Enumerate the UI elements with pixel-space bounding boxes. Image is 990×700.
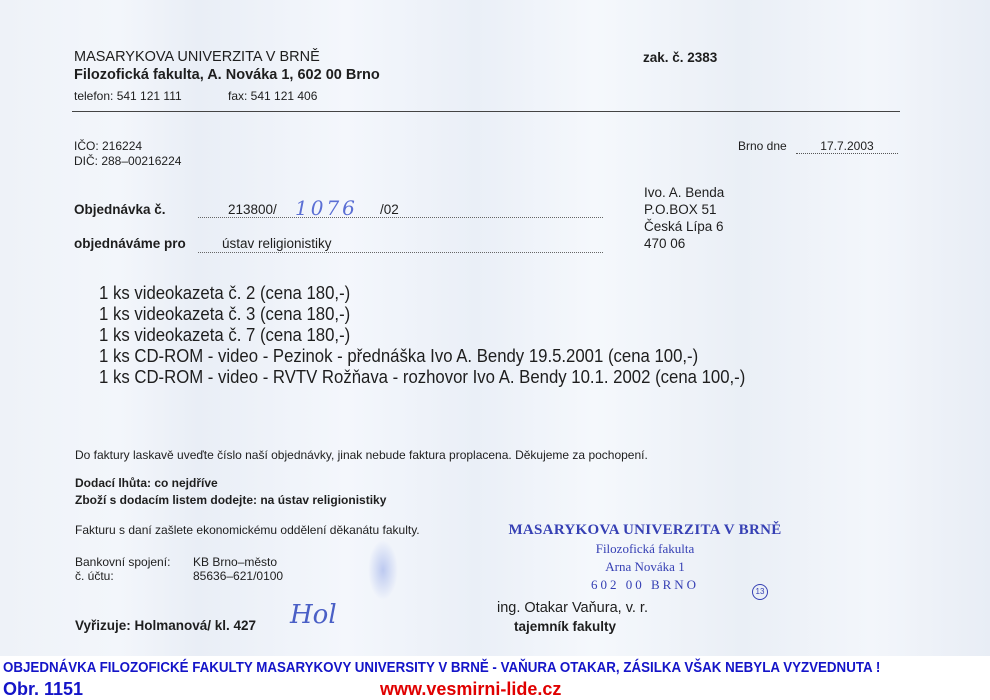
recipient-address: Ivo. A. Benda P.O.BOX 51 Česká Lípa 6 47… (644, 184, 724, 252)
stamp-line: MASARYKOVA UNIVERZITA V BRNĚ (495, 522, 795, 539)
stamp-number-circle: 13 (752, 584, 768, 600)
stamp-line: Arna Nováka 1 (495, 559, 795, 575)
caption-text: OBJEDNÁVKA FILOZOFICKÉ FAKULTY MASARYKOV… (3, 660, 880, 676)
recipient-line: P.O.BOX 51 (644, 201, 724, 218)
delivery-place: Zboží s dodacím listem dodejte: na ústav… (75, 493, 386, 507)
date-value: 17.7.2003 (796, 139, 898, 154)
order-dotted-line (198, 217, 603, 218)
order-suffix: /02 (380, 202, 399, 217)
header-divider (72, 111, 900, 112)
invoice-instruction: Fakturu s daní zašlete ekonomickému oddě… (75, 523, 420, 537)
website-link[interactable]: www.vesmirni-lide.cz (380, 679, 561, 700)
order-prefix: 213800/ (228, 202, 277, 217)
ink-smudge (368, 540, 398, 600)
stamp-line: 602 00 BRNO (495, 577, 795, 593)
ordered-for-dotted-line (198, 252, 603, 253)
phone-number: telefon: 541 121 111 (74, 89, 182, 103)
order-item: 1 ks videokazeta č. 7 (cena 180,-) (99, 325, 745, 346)
date-label: Brno dne (738, 139, 787, 153)
recipient-line: Česká Lípa 6 (644, 218, 724, 235)
handled-by: Vyřizuje: Holmanová/ kl. 427 (75, 618, 256, 633)
recipient-line: 470 06 (644, 235, 724, 252)
invoice-notice: Do faktury laskavě uveďte číslo naší obj… (75, 448, 648, 462)
figure-number: Obr. 1151 (3, 679, 83, 700)
faculty-address: Filozofická fakulta, A. Nováka 1, 602 00… (74, 67, 380, 83)
signatory-name: ing. Otakar Vaňura, v. r. (497, 600, 648, 616)
order-handwritten-number: 1076 (295, 196, 358, 220)
ordered-for-label: objednáváme pro (74, 236, 186, 251)
order-items: 1 ks videokazeta č. 2 (cena 180,-) 1 ks … (99, 283, 794, 388)
ico-number: IČO: 216224 (74, 139, 142, 153)
order-item: 1 ks CD-ROM - video - Pezinok - přednášk… (99, 346, 745, 367)
account-label: č. účtu: (75, 569, 114, 583)
delivery-deadline: Dodací lhůta: co nejdříve (75, 476, 218, 490)
reference-number: zak. č. 2383 (643, 50, 717, 65)
signatory-title: tajemník fakulty (514, 619, 616, 634)
handwritten-initials: Hol (290, 600, 337, 630)
ordered-for-value: ústav religionistiky (222, 236, 332, 251)
order-label: Objednávka č. (74, 202, 166, 217)
order-item: 1 ks CD-ROM - video - RVTV Rožňava - roz… (99, 367, 745, 388)
order-item: 1 ks videokazeta č. 2 (cena 180,-) (99, 283, 745, 304)
dic-number: DIČ: 288–00216224 (74, 154, 181, 168)
account-value: 85636–621/0100 (193, 569, 283, 583)
order-item: 1 ks videokazeta č. 3 (cena 180,-) (99, 304, 745, 325)
recipient-line: Ivo. A. Benda (644, 184, 724, 201)
fax-number: fax: 541 121 406 (228, 89, 317, 103)
bank-label: Bankovní spojení: (75, 555, 170, 569)
university-name: MASARYKOVA UNIVERZITA V BRNĚ (74, 49, 320, 65)
bank-value: KB Brno–město (193, 555, 277, 569)
faculty-stamp: MASARYKOVA UNIVERZITA V BRNĚ Filozofická… (495, 522, 795, 593)
stamp-line: Filozofická fakulta (495, 541, 795, 557)
scanned-document: MASARYKOVA UNIVERZITA V BRNĚ Filozofická… (0, 0, 990, 656)
